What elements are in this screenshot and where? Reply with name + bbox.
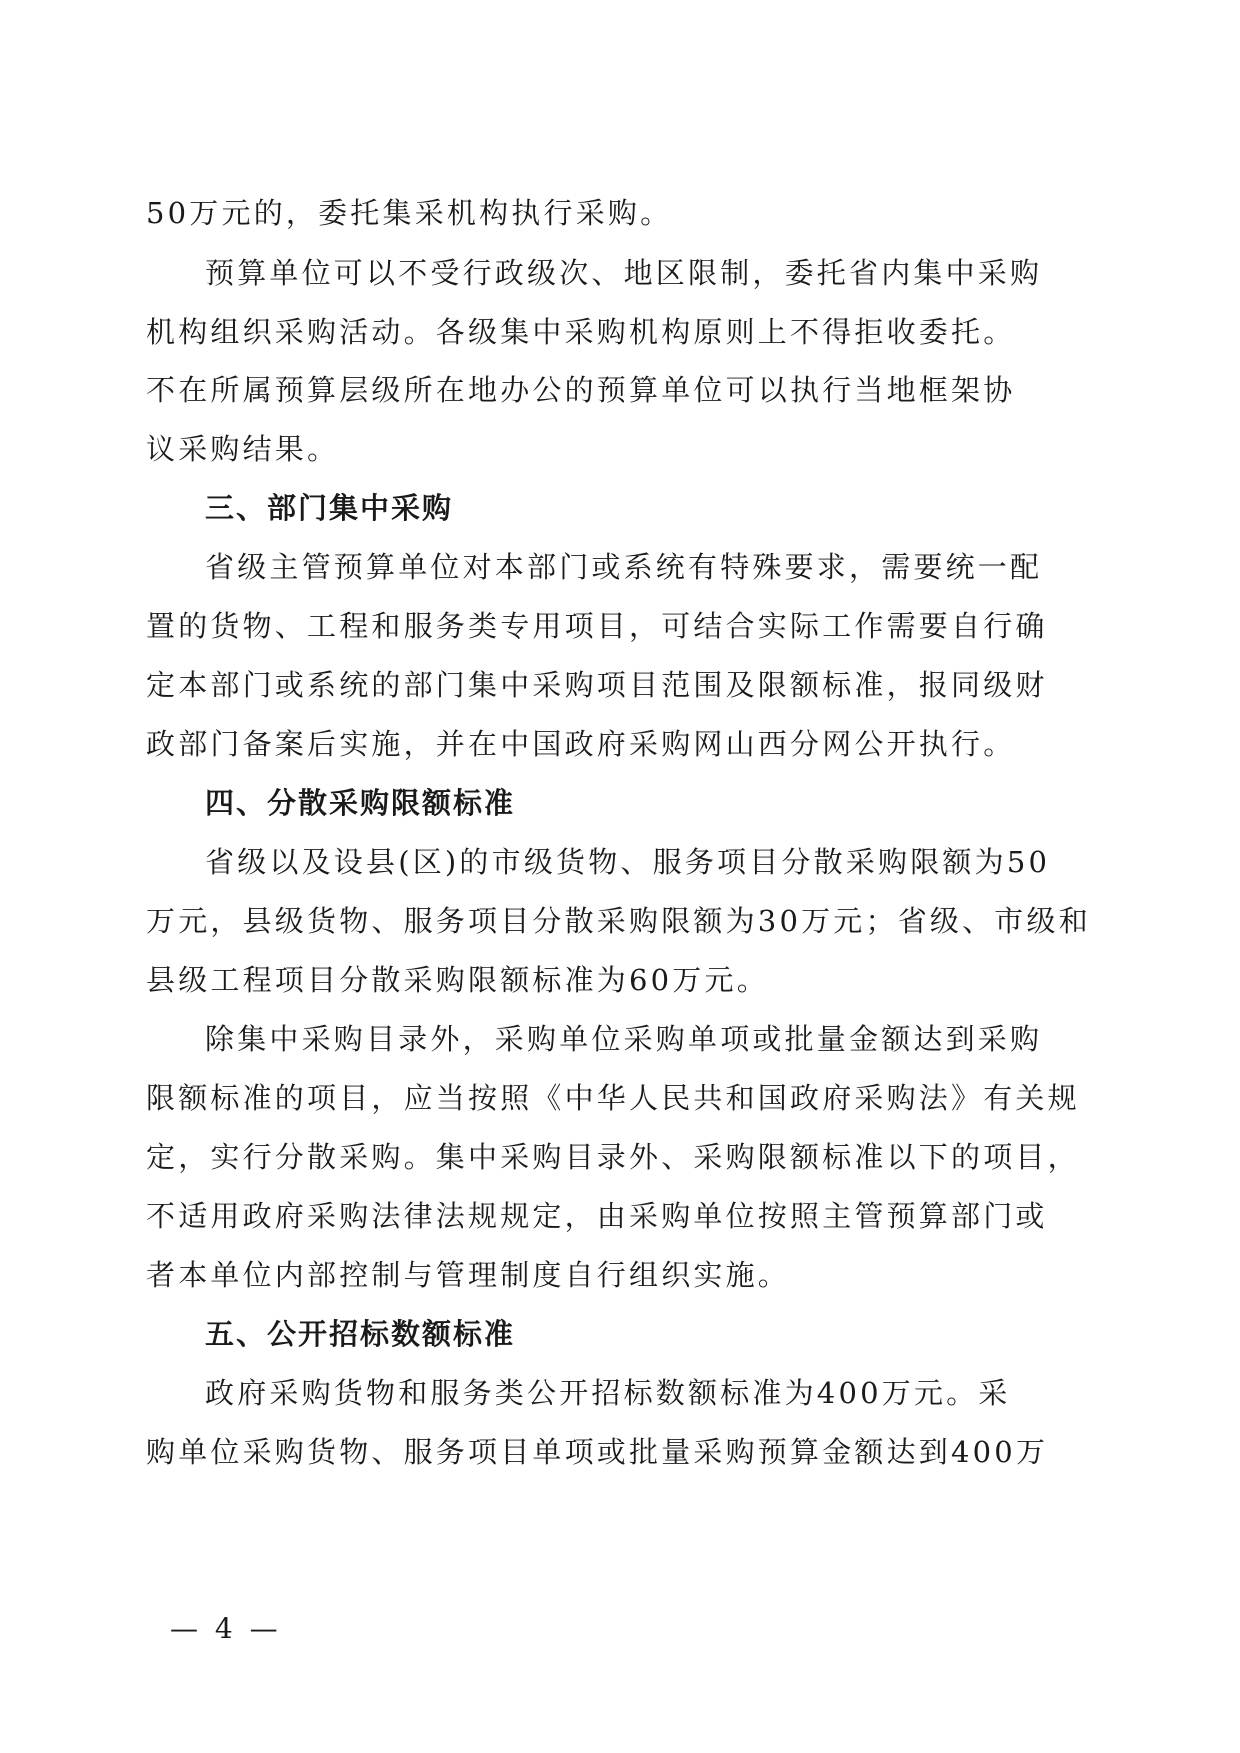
paragraph-line: 购单位采购货物、服务项目单项或批量采购预算金额达到400万 — [146, 1422, 966, 1482]
page-number: — 4 — — [170, 1612, 282, 1645]
paragraph-line: 限额标准的项目，应当按照《中华人民共和国政府采购法》有关规 — [146, 1068, 966, 1128]
paragraph-line: 省级以及设县(区)的市级货物、服务项目分散采购限额为50 — [205, 832, 967, 892]
section-heading: 三、部门集中采购 — [205, 478, 967, 538]
paragraph-line: 机构组织采购活动。各级集中采购机构原则上不得拒收委托。 — [146, 302, 966, 362]
paragraph-line: 政部门备案后实施，并在中国政府采购网山西分网公开执行。 — [146, 714, 966, 774]
paragraph-line: 置的货物、工程和服务类专用项目，可结合实际工作需要自行确 — [146, 596, 966, 656]
paragraph-line: 议采购结果。 — [146, 419, 966, 479]
paragraph-line: 50万元的，委托集采机构执行采购。 — [146, 183, 966, 243]
paragraph-line: 不适用政府采购法律法规规定，由采购单位按照主管预算部门或 — [146, 1186, 966, 1246]
section-heading: 五、公开招标数额标准 — [205, 1304, 967, 1364]
paragraph-line: 定本部门或系统的部门集中采购项目范围及限额标准，报同级财 — [146, 655, 966, 715]
paragraph-line: 不在所属预算层级所在地办公的预算单位可以执行当地框架协 — [146, 360, 966, 420]
paragraph-line: 县级工程项目分散采购限额标准为60万元。 — [146, 950, 966, 1010]
paragraph-line: 政府采购货物和服务类公开招标数额标准为400万元。采 — [205, 1363, 967, 1423]
paragraph-line: 除集中采购目录外，采购单位采购单项或批量金额达到采购 — [205, 1009, 967, 1069]
paragraph-line: 万元，县级货物、服务项目分散采购限额为30万元；省级、市级和 — [146, 891, 966, 951]
paragraph-line: 省级主管预算单位对本部门或系统有特殊要求，需要统一配 — [205, 537, 967, 597]
paragraph-line: 预算单位可以不受行政级次、地区限制，委托省内集中采购 — [205, 243, 967, 303]
section-heading: 四、分散采购限额标准 — [205, 773, 967, 833]
paragraph-line: 者本单位内部控制与管理制度自行组织实施。 — [146, 1245, 966, 1305]
paragraph-line: 定，实行分散采购。集中采购目录外、采购限额标准以下的项目， — [146, 1127, 966, 1187]
